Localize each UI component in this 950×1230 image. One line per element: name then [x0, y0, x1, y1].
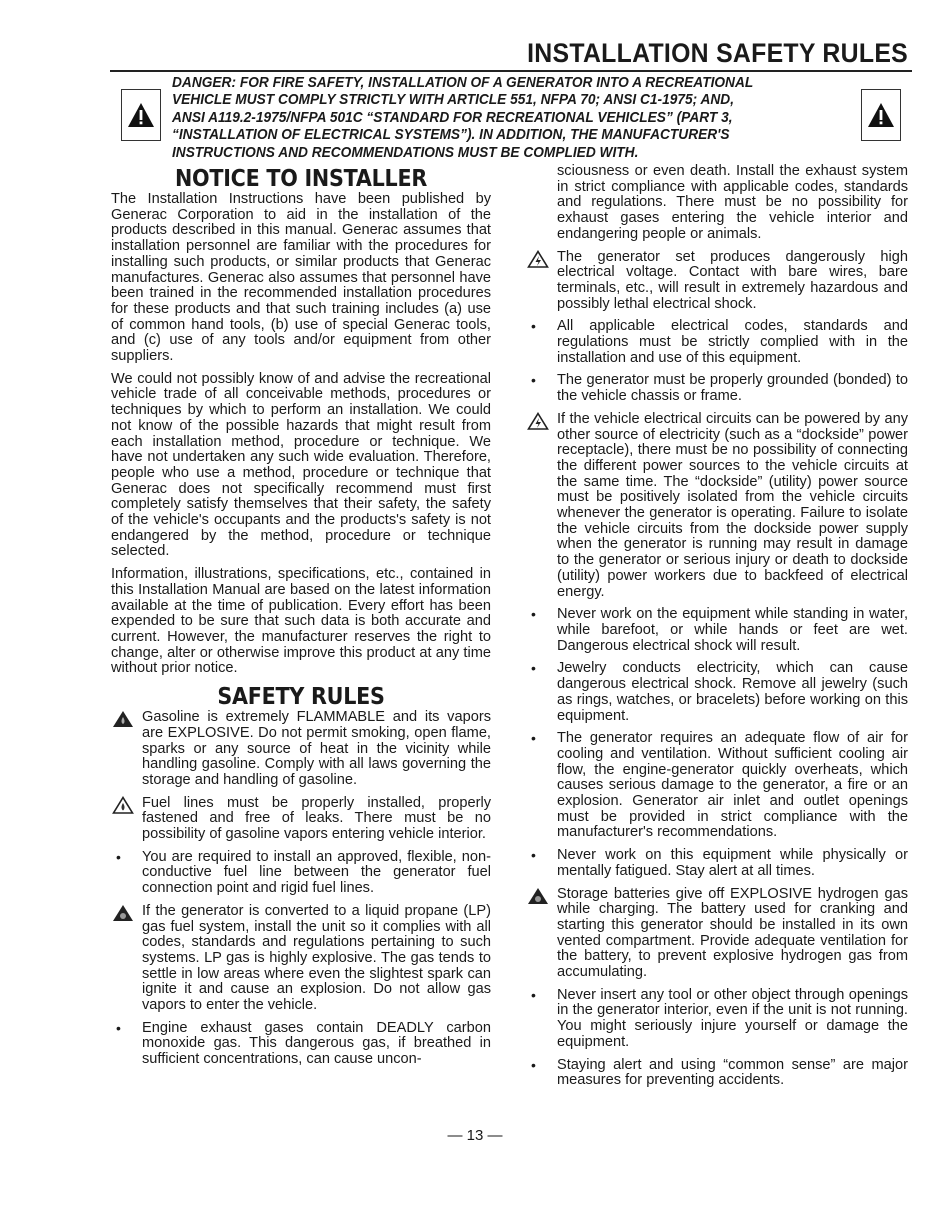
- danger-line: VEHICLE MUST COMPLY STRICTLY WITH ARTICL…: [172, 92, 821, 109]
- danger-line: DANGER: FOR FIRE SAFETY, INSTALLATION OF…: [172, 75, 821, 92]
- safety-item: Storage batteries give off EXPLOSIVE hyd…: [526, 887, 908, 981]
- safety-item-text: If the generator is converted to a liqui…: [142, 903, 491, 1013]
- safety-item-continuation: sciousness or even death. Install the ex…: [526, 164, 908, 243]
- danger-notice: DANGER: FOR FIRE SAFETY, INSTALLATION OF…: [172, 75, 821, 162]
- bullet-icon: •: [531, 661, 536, 677]
- explosion-hazard-icon: [526, 887, 550, 910]
- bullet-icon: •: [116, 850, 121, 866]
- danger-line: INSTRUCTIONS AND RECOMMENDATIONS MUST BE…: [172, 145, 821, 162]
- safety-item-text: Never work on this equipment while physi…: [557, 847, 908, 879]
- safety-item: The generator set produces dangerously h…: [526, 250, 908, 313]
- danger-line: ANSI A119.2-1975/NFPA 501C “STANDARD FOR…: [172, 110, 821, 127]
- bullet-icon: •: [531, 848, 536, 864]
- safety-item: • All applicable electrical codes, stand…: [526, 319, 908, 366]
- safety-item: • Never work on the equipment while stan…: [526, 607, 908, 654]
- safety-item-text: Storage batteries give off EXPLOSIVE hyd…: [557, 886, 908, 981]
- fire-warning-outline-icon: [111, 796, 135, 819]
- safety-item-text: The generator requires an adequate flow …: [557, 730, 908, 840]
- bullet-icon: •: [116, 1021, 121, 1037]
- safety-item-text: The generator set produces dangerously h…: [557, 249, 908, 312]
- page-number: — 13 —: [0, 1127, 950, 1144]
- header-rule: [110, 70, 912, 72]
- bullet-icon: •: [531, 731, 536, 747]
- page-title: INSTALLATION SAFETY RULES: [527, 38, 908, 69]
- safety-item: • Staying alert and using “common sense”…: [526, 1058, 908, 1089]
- safety-item: Fuel lines must be properly installed, p…: [111, 796, 491, 843]
- safety-item: • Engine exhaust gases contain DEADLY ca…: [111, 1021, 491, 1068]
- safety-item-text: Never work on the equipment while standi…: [557, 606, 908, 653]
- safety-item-text: Engine exhaust gases contain DEADLY carb…: [142, 1020, 491, 1067]
- safety-item: Gasoline is extremely FLAMMABLE and its …: [111, 710, 491, 789]
- safety-item: • You are required to install an approve…: [111, 850, 491, 897]
- electrical-hazard-icon: [526, 250, 550, 273]
- safety-item-text: Fuel lines must be properly installed, p…: [142, 795, 491, 842]
- danger-warning-box-left: [121, 89, 161, 141]
- safety-item-text: Never insert any tool or other object th…: [557, 987, 908, 1050]
- warning-triangle-icon: [127, 102, 155, 128]
- bullet-icon: •: [531, 373, 536, 389]
- safety-item-text: You are required to install an approved,…: [142, 849, 491, 896]
- safety-item: If the vehicle electrical circuits can b…: [526, 412, 908, 600]
- safety-item-text: All applicable electrical codes, standar…: [557, 318, 908, 365]
- bullet-icon: •: [531, 988, 536, 1004]
- notice-heading: NOTICE TO INSTALLER: [130, 166, 472, 192]
- bullet-icon: •: [531, 607, 536, 623]
- safety-item-text: Gasoline is extremely FLAMMABLE and its …: [142, 709, 491, 788]
- danger-line: “INSTALLATION OF ELECTRICAL SYSTEMS”). I…: [172, 127, 821, 144]
- explosion-hazard-icon: [111, 904, 135, 927]
- safety-item: • Never insert any tool or other object …: [526, 988, 908, 1051]
- safety-item: • The generator must be properly grounde…: [526, 373, 908, 404]
- safety-item-text: If the vehicle electrical circuits can b…: [557, 411, 908, 600]
- left-column: NOTICE TO INSTALLER The Installation Ins…: [111, 166, 491, 1075]
- safety-item-text: The generator must be properly grounded …: [557, 372, 908, 404]
- right-column: sciousness or even death. Install the ex…: [526, 164, 908, 1096]
- danger-warning-box-right: [861, 89, 901, 141]
- notice-paragraph: Information, illustrations, specificatio…: [111, 567, 491, 677]
- notice-paragraph: We could not possibly know of and advise…: [111, 372, 491, 560]
- safety-item: • The generator requires an adequate flo…: [526, 731, 908, 841]
- safety-item: • Never work on this equipment while phy…: [526, 848, 908, 879]
- fire-hazard-icon: [111, 710, 135, 733]
- safety-item: If the generator is converted to a liqui…: [111, 904, 491, 1014]
- warning-triangle-icon: [867, 102, 895, 128]
- bullet-icon: •: [531, 319, 536, 335]
- safety-item: • Jewelry conducts electricity, which ca…: [526, 661, 908, 724]
- safety-item-text: Jewelry conducts electricity, which can …: [557, 660, 908, 723]
- notice-paragraph: The Installation Instructions have been …: [111, 192, 491, 365]
- safety-item-text: Staying alert and using “common sense” a…: [557, 1057, 908, 1089]
- safety-heading: SAFETY RULES: [130, 684, 472, 710]
- electrical-hazard-icon: [526, 412, 550, 435]
- bullet-icon: •: [531, 1058, 536, 1074]
